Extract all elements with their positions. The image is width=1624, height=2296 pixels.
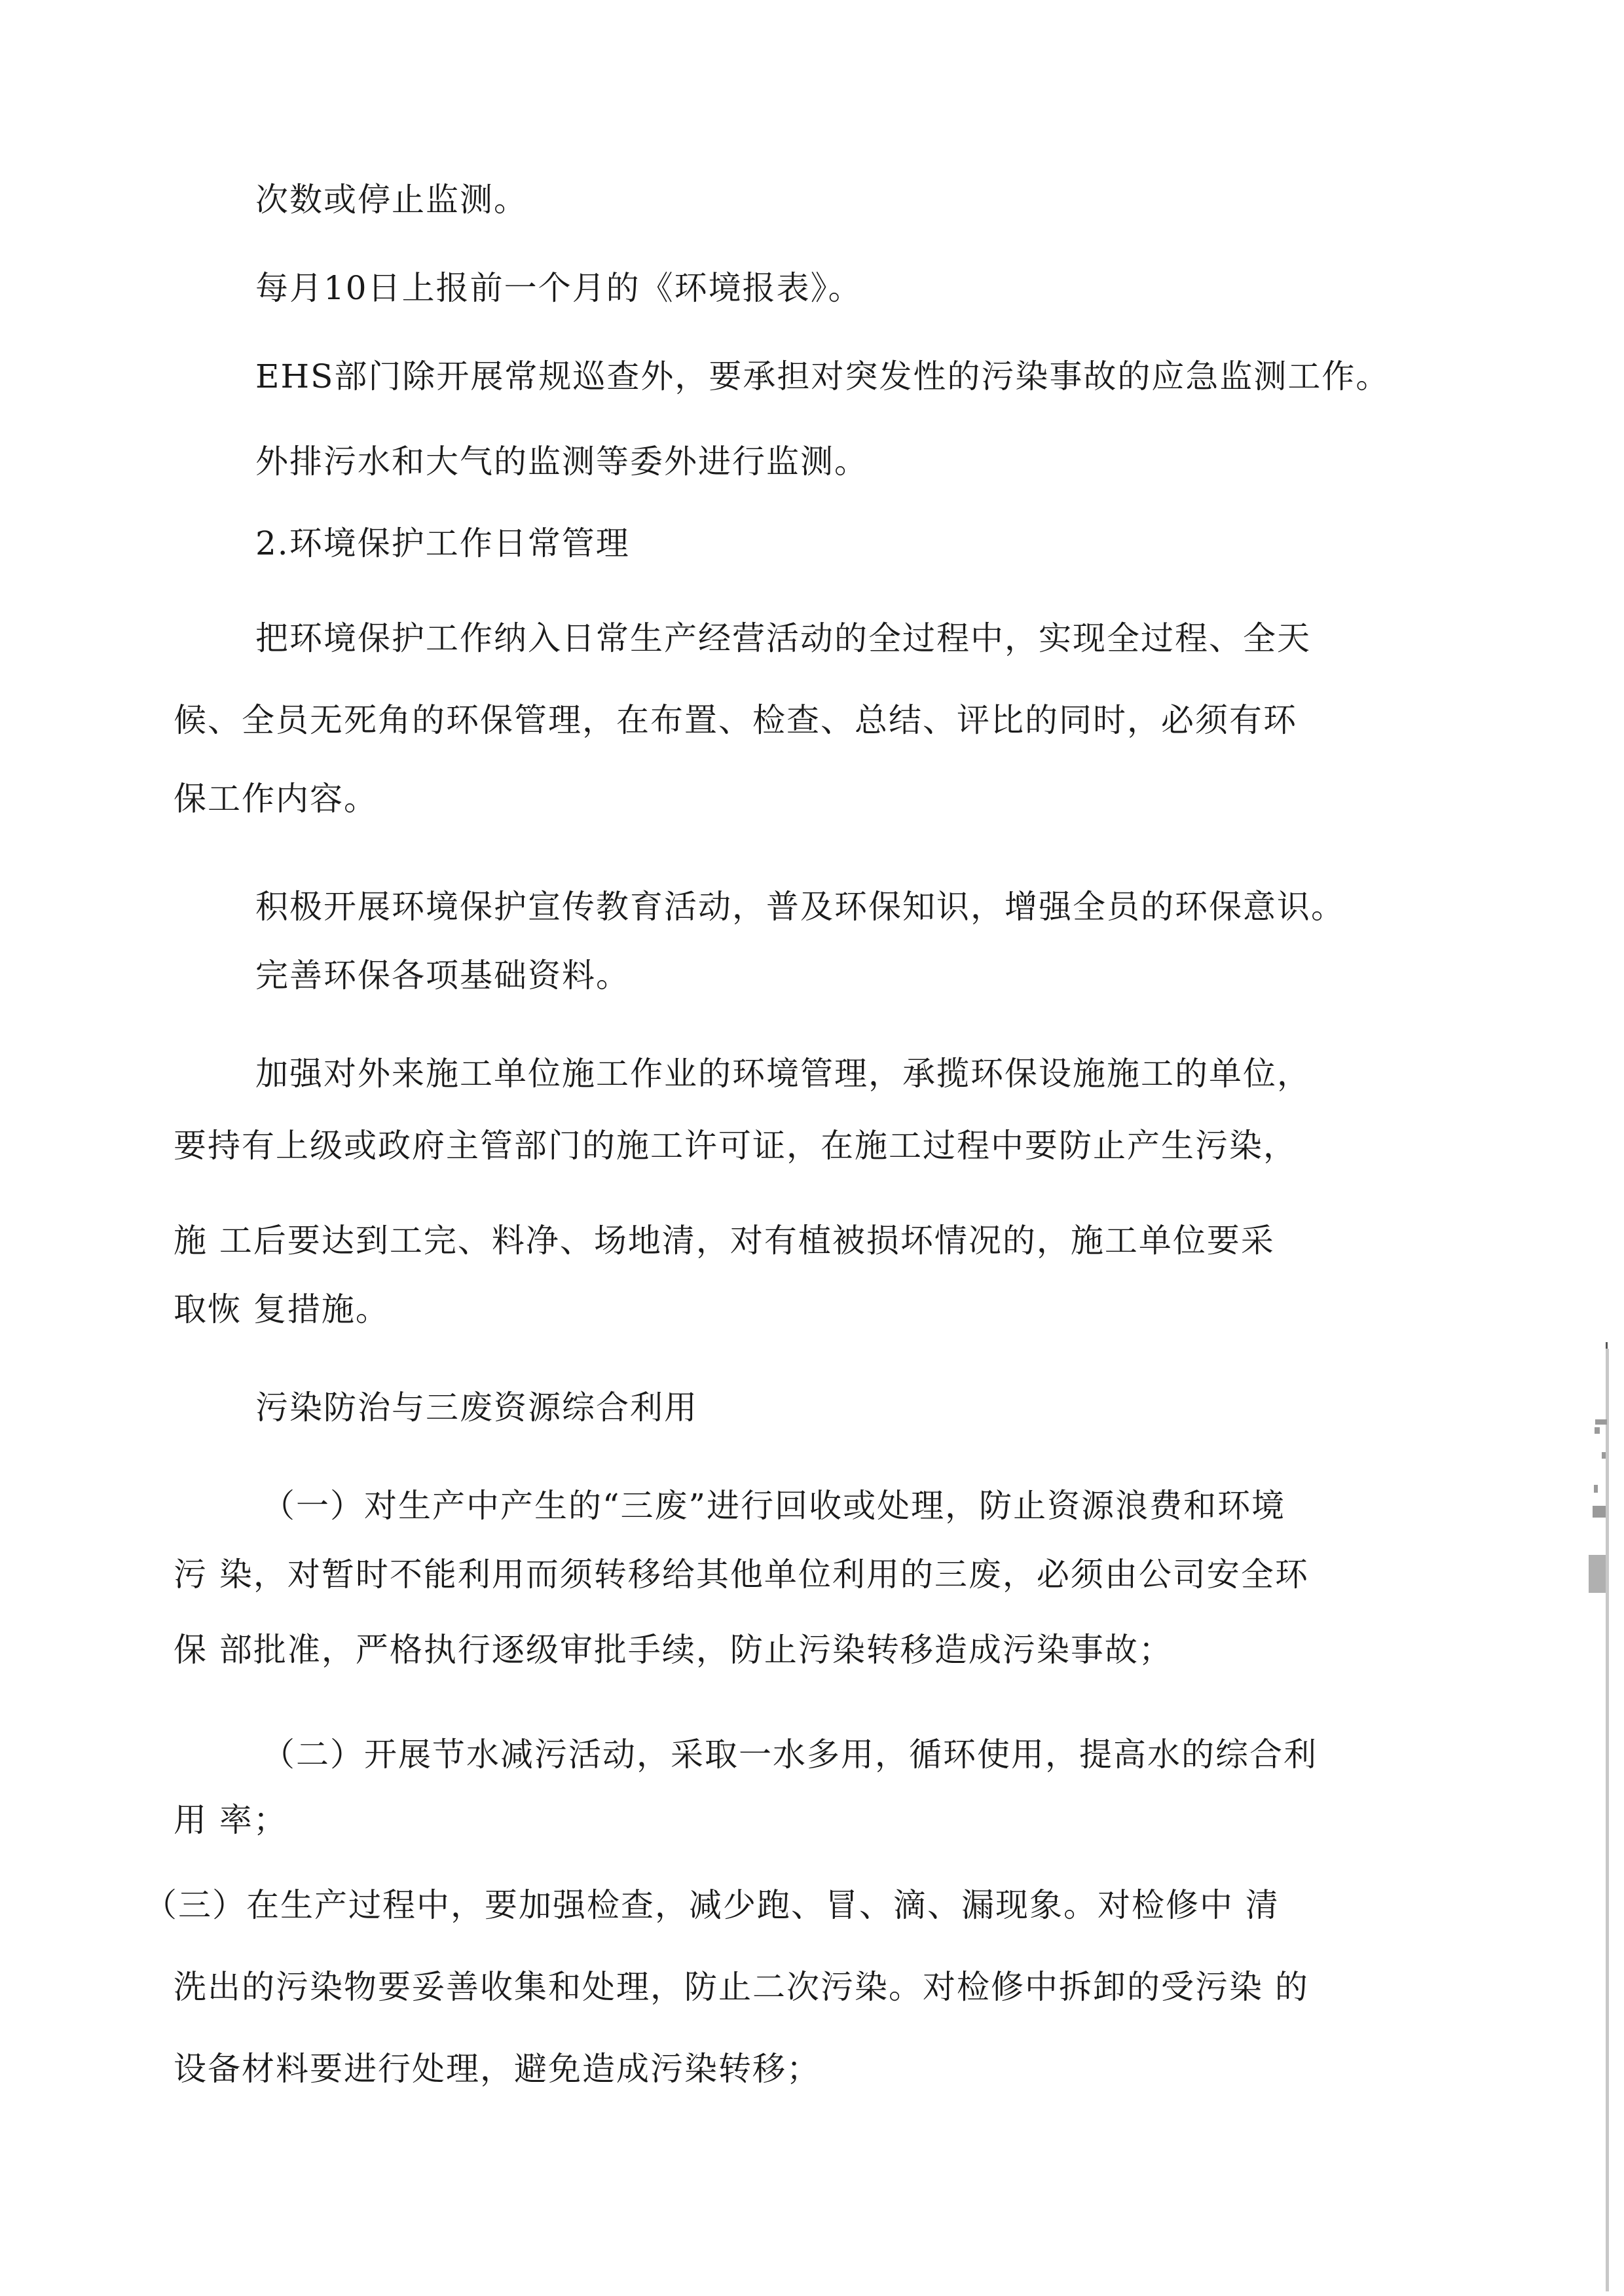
scan-edge-mark [1595,1427,1600,1434]
scan-edge-mark [1589,1555,1606,1593]
text-line: 候、全员无死角的环保管理，在布置、检查、总结、评比的同时，必须有环 [174,701,1297,740]
text-line: （三）在生产过程中，要加强检查，减少跑、冒、滴、漏现象。对检修中 清 [144,1886,1280,1925]
text-line: 次数或停止监测。 [255,180,528,219]
text-line: 保工作内容。 [174,779,378,818]
text-line: 加强对外来施工单位施工作业的环境管理，承揽环保设施施工的单位， [255,1054,1311,1093]
scan-edge-mark [1593,1506,1606,1518]
scan-edge-mark [1595,1419,1607,1425]
section-heading: 污染防治与三废资源综合利用 [255,1388,698,1427]
scan-edge-mark [1594,1485,1598,1493]
text-line: 积极开展环境保护宣传教育活动，普及环保知识，增强全员的环保意识。 [255,887,1345,926]
text-line: 施 工后要达到工完、料净、场地清，对有植被损坏情况的，施工单位要采 [174,1221,1275,1260]
scan-edge-shadow [1606,1349,1609,2291]
scan-edge-mark [1602,1452,1606,1459]
text-line: 用 率； [174,1800,287,1840]
text-line: （一）对生产中产生的“三废”进行回收或处理，防止资源浪费和环境 [262,1486,1285,1525]
text-line: 设备材料要进行处理，避免造成污染转移； [174,2049,821,2088]
text-line: （二）开展节水减污活动，采取一水多用，循环使用，提高水的综合利 [262,1735,1318,1774]
text-line: 把环境保护工作纳入日常生产经营活动的全过程中，实现全过程、全天 [255,619,1311,658]
text-line: 取恢 复措施。 [174,1290,390,1329]
text-line: 洗出的污染物要妥善收集和处理，防止二次污染。对检修中拆卸的受污染 的 [174,1967,1309,2007]
text-line: 每月10日上报前一个月的《环境报表》。 [255,268,862,308]
scanned-document-page: 次数或停止监测。 每月10日上报前一个月的《环境报表》。 EHS部门除开展常规巡… [0,0,1624,2296]
section-heading: 2.环境保护工作日常管理 [255,524,630,563]
text-line: 保 部批准，严格执行逐级审批手续，防止污染转移造成污染事故； [174,1630,1173,1669]
text-line: 完善环保各项基础资料。 [255,956,630,995]
text-line: 外排污水和大气的监测等委外进行监测。 [255,442,868,481]
text-line: 污 染，对暂时不能利用而须转移给其他单位利用的三废，必须由公司安全环 [174,1555,1309,1594]
text-line: EHS部门除开展常规巡查外，要承担对突发性的污染事故的应急监测工作。 [255,357,1390,396]
text-line: 要持有上级或政府主管部门的施工许可证，在施工过程中要防止产生污染， [174,1126,1297,1165]
